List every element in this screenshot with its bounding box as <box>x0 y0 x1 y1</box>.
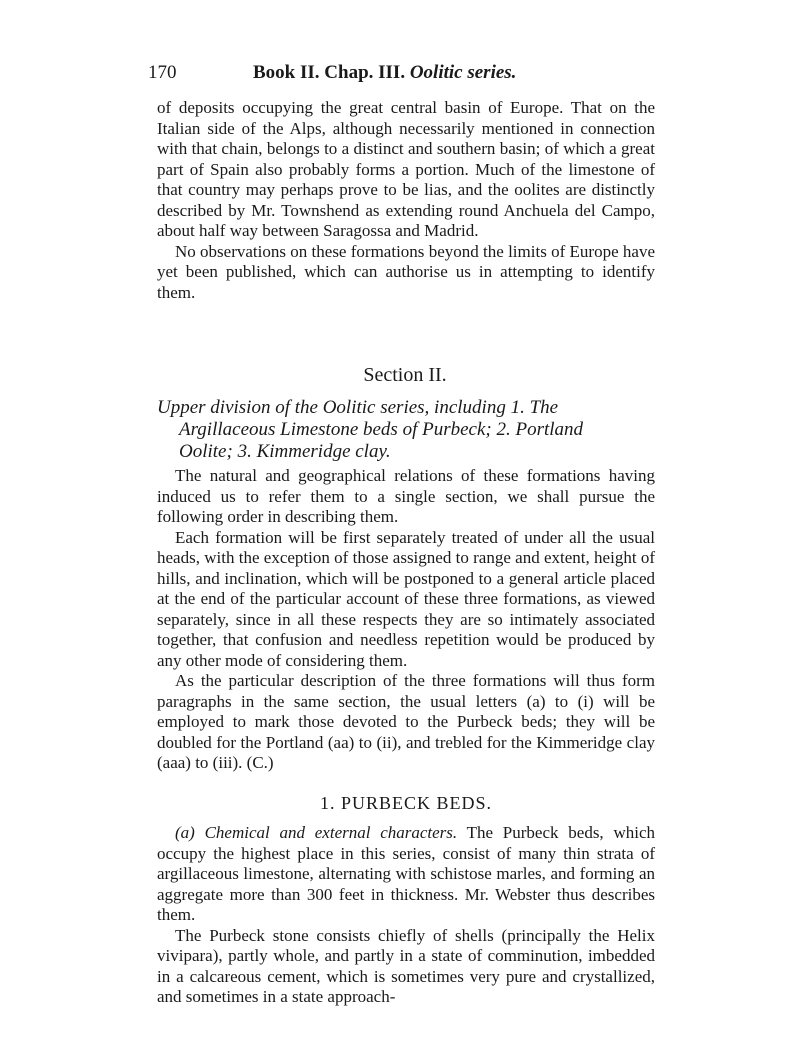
book-page: 170 Book II. Chap. III. Oolitic series. … <box>0 0 800 1050</box>
series-label: Oolitic series. <box>410 62 517 83</box>
section-intro-text: The natural and geographical relations o… <box>157 466 655 774</box>
purbeck-text: (a) Chemical and external characters. Th… <box>157 823 655 1008</box>
running-title: Book II. Chap. III. Oolitic series. <box>253 62 516 84</box>
chapter-label: Chap. III. <box>324 62 405 83</box>
paragraph: (a) Chemical and external characters. Th… <box>157 823 655 926</box>
running-header: 170 Book II. Chap. III. Oolitic series. <box>148 62 668 88</box>
opening-text: of deposits occupying the great central … <box>157 98 655 303</box>
paragraph: As the particular description of the thr… <box>157 671 655 774</box>
paragraph: The natural and geographical relations o… <box>157 466 655 528</box>
subtitle-line: Upper division of the Oolitic series, in… <box>157 397 655 419</box>
section-heading: Section II. <box>0 364 800 387</box>
book-label: Book II. <box>253 62 320 83</box>
paragraph: of deposits occupying the great central … <box>157 98 655 242</box>
subtitle-line: Oolite; 3. Kimmeridge clay. <box>157 441 655 463</box>
paragraph-label: (a) Chemical and external characters. <box>175 823 457 842</box>
page-number: 170 <box>148 62 177 84</box>
paragraph: No observations on these formations beyo… <box>157 242 655 304</box>
subtitle-line: Argillaceous Limestone beds of Purbeck; … <box>157 419 655 441</box>
section-subtitle: Upper division of the Oolitic series, in… <box>157 397 655 463</box>
subsection-heading: 1. PURBECK BEDS. <box>0 793 800 814</box>
paragraph: The Purbeck stone consists chiefly of sh… <box>157 926 655 1008</box>
paragraph: Each formation will be first separately … <box>157 528 655 672</box>
